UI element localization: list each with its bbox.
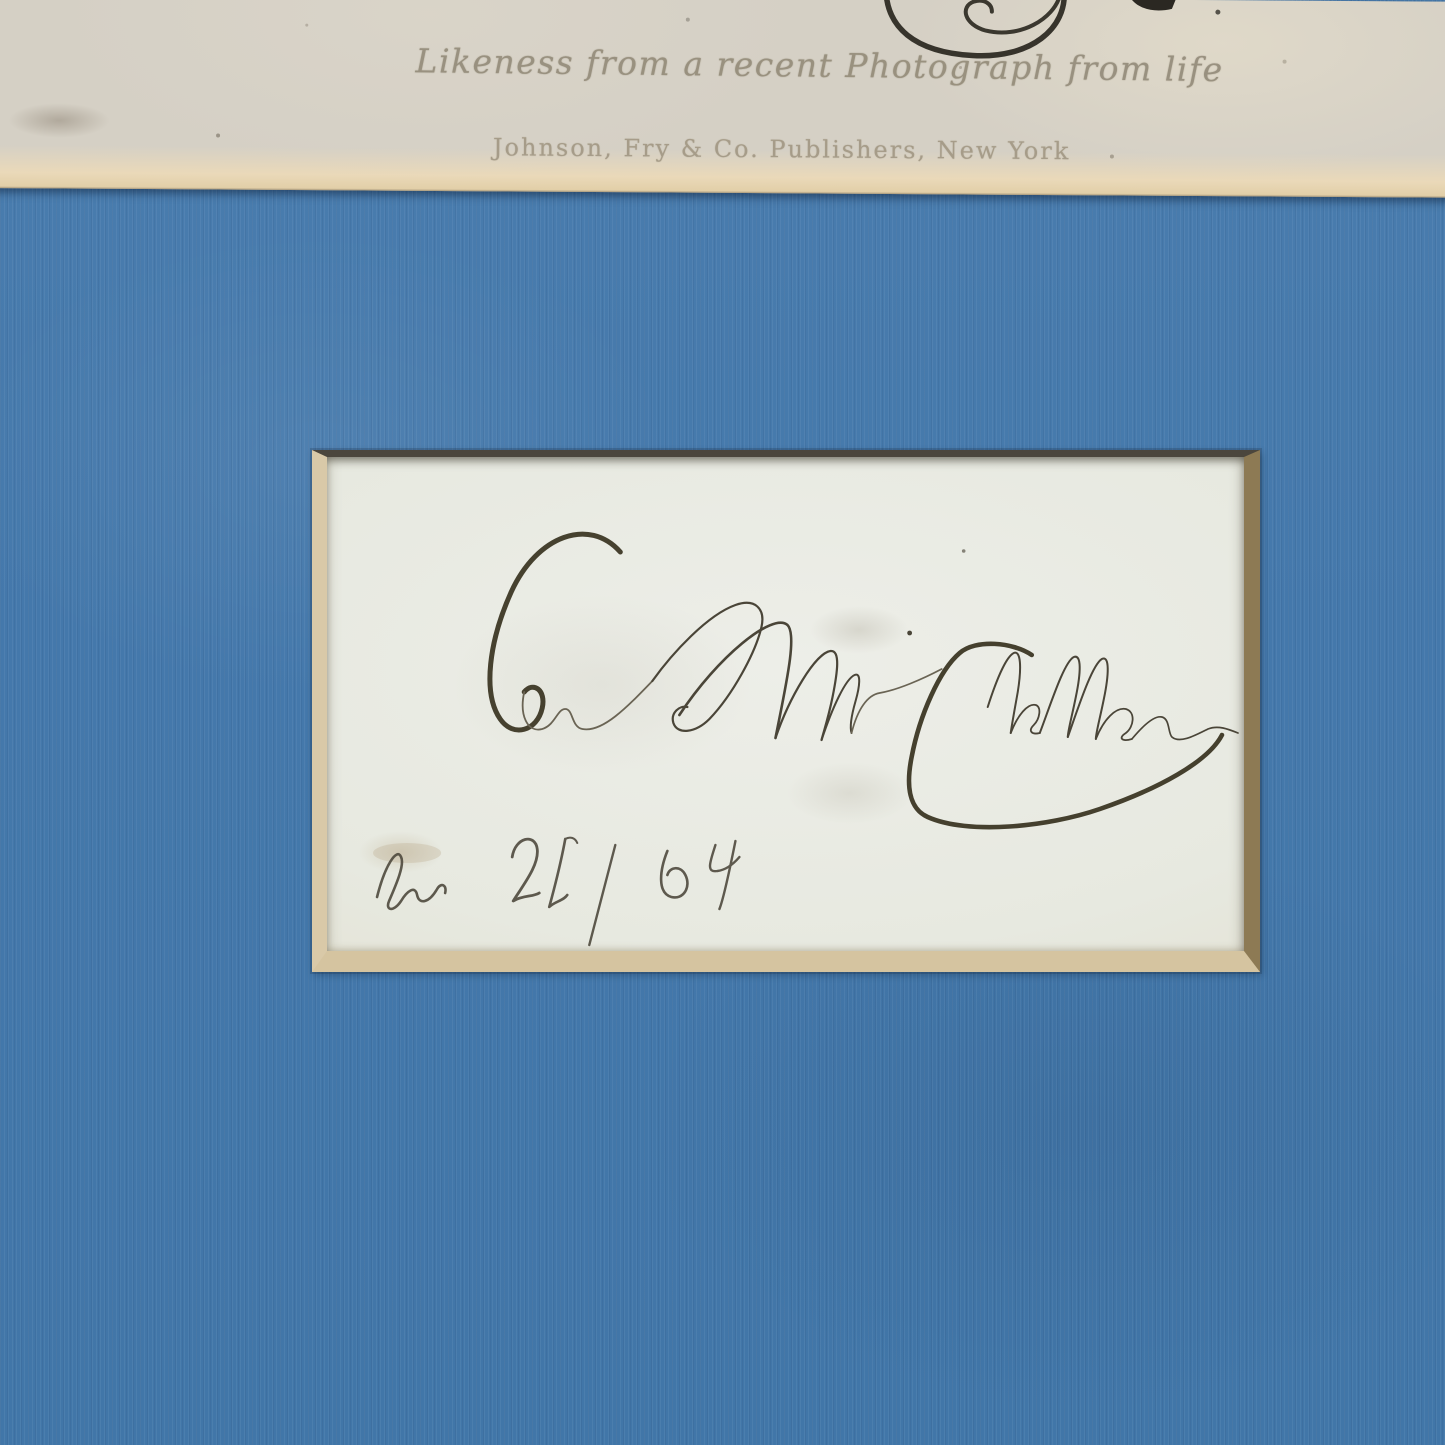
- handwriting-ink: Geo B McClellan: [327, 457, 1244, 951]
- publisher-imprint-text: Johnson, Fry & Co. Publishers, New York: [493, 133, 1071, 165]
- print-caption-text: Likeness from a recent Photograph from l…: [415, 41, 1135, 88]
- engraving-paper-edge: Likeness from a recent Photograph from l…: [0, 0, 1445, 198]
- mat-window-bevel: Geo B McClellan: [312, 450, 1260, 972]
- autograph-card: Geo B McClellan: [327, 457, 1244, 951]
- framed-autograph-photo: Likeness from a recent Photograph from l…: [0, 0, 1445, 1445]
- signature-ink: Geo B McClellan: [490, 534, 1238, 827]
- ink-smudge: [373, 843, 441, 863]
